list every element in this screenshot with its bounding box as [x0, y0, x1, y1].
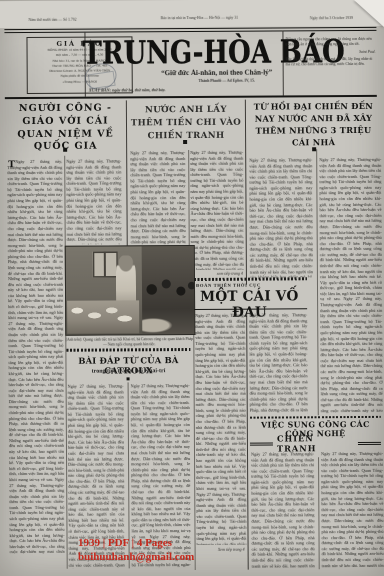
- newspaper-title: TRUNG-HÒA BÁO: [82, 34, 298, 72]
- headline-england-war-money: NƯỚC ANH LẤY THÊM TIỀN CHI VÀO CHIẾN TRA…: [129, 104, 243, 143]
- quote-attribution: Saint Paul.: [286, 50, 376, 56]
- article-body-column: Ngày 27 tháng này, Thượng-nghị-viện Anh …: [249, 312, 308, 413]
- dateline-issue-number: Năm thứ mười tám — Số 1.792: [28, 17, 136, 22]
- kicker-label: ĐOẢN THIÊN THỜI CỤC: [196, 282, 276, 287]
- column-rule: [126, 100, 128, 246]
- watermark-email: buihuuhanh@gmail.com: [78, 551, 194, 565]
- dateline-imprint: Báo in tại nhà in Trung-Hòa — Hà-Nội — n…: [136, 16, 262, 21]
- continuation-note: Xem tiếp trang 4: [198, 547, 245, 552]
- article-body-column: Ngày 27 tháng này, Thượng-nghị-viện Anh …: [251, 451, 315, 567]
- newspaper-sheet: Năm thứ mười tám — Số 1.792 Báo in tại n…: [0, 0, 384, 576]
- ornament-square: [63, 148, 67, 152]
- watermark-year-line: 1939 | PDF | 4 Pages: [78, 537, 194, 551]
- quote-paragraph: Hãy lấy sự thật-thà chính-trực mà đối đã…: [286, 57, 376, 68]
- quote-paragraph: Điều ta cầu nguyện cho chúng con, là chú…: [285, 37, 375, 48]
- masthead-motto-source: Thánh Phaolô — Ad Ephes. IV, 15.: [167, 78, 287, 83]
- paper-top-margin: [0, 0, 382, 28]
- headline-england-houses: TỪ HỒI ĐẠI CHIẾN ĐẾN NAY NƯỚC ANH ĐÃ XÂY…: [248, 101, 379, 149]
- news-photo: [65, 245, 196, 336]
- article-body-column: Ngày 27 tháng này, Thượng-nghị-viện Anh …: [66, 158, 122, 244]
- photo-table-with-dishes: [67, 300, 139, 333]
- article-body-column: Ngày 27 tháng này, Thượng-nghị-viện Anh …: [190, 150, 244, 270]
- article-body-column: Ngày 27 tháng này, Thượng-nghị-viện Anh …: [7, 159, 64, 555]
- article-body-column: Ngày 27 tháng này, Thượng-nghị-viện Anh …: [321, 451, 384, 567]
- section-stripe-bar: [194, 277, 307, 280]
- headline-rule: [358, 441, 381, 444]
- ornament-square: [127, 377, 130, 380]
- ornament-square: [183, 140, 187, 144]
- ornament-square: [312, 147, 316, 151]
- newspaper-page: Năm thứ mười tám — Số 1.792 Báo in tại n…: [0, 0, 384, 576]
- column-rule: [246, 312, 249, 570]
- subhead-catroux: trong tiệc trà tại hội Khai-trí: [66, 368, 190, 375]
- column-rule: [316, 149, 318, 415]
- headline-catholic-nation: NGƯỜI CÔNG - GIÁO VỚI CÁI QUAN NIỆM VỀ Q…: [8, 102, 123, 154]
- masthead-motto: “Giữ đức Ái-nhân, noi theo Chân-lý”: [147, 68, 287, 77]
- watermark: 1939 | PDF | 4 Pages buihuuhanh@gmail.co…: [78, 537, 194, 565]
- photo-standing-figure: [116, 255, 136, 305]
- quote-box: Điều ta cầu nguyện cho chúng con, là chú…: [285, 37, 375, 94]
- column-rule: [245, 100, 247, 285]
- article-body-column: Ngày 27 tháng này, Thượng-nghị-viện Anh …: [319, 157, 383, 413]
- photo-seated-guests: [142, 246, 196, 336]
- article-body-column: Ngày 27 tháng này, Thượng-nghị-viện Anh …: [130, 150, 186, 244]
- horizontal-rule: [4, 29, 376, 32]
- photo-caption: (Ảnh trên): Quang cảnh tiệc trà tại hội …: [64, 337, 194, 349]
- section-stripe-bar: [66, 348, 190, 351]
- article-body-column: Ngày 27 tháng này, Thượng-nghị-viện Anh …: [249, 157, 313, 277]
- photo-window-frame: [104, 252, 106, 278]
- page-fold-corner: [354, 0, 384, 27]
- publication-schedule: XUẤT BẢN: ngày thứ ba, thứ năm, thứ bảy.: [89, 87, 229, 93]
- continuation-note: xem tiếp trang 4: [196, 271, 243, 276]
- article-body-column: Ngày 27 tháng này, Thượng-nghị-viện Anh …: [195, 313, 246, 545]
- headline-rule: [250, 442, 273, 445]
